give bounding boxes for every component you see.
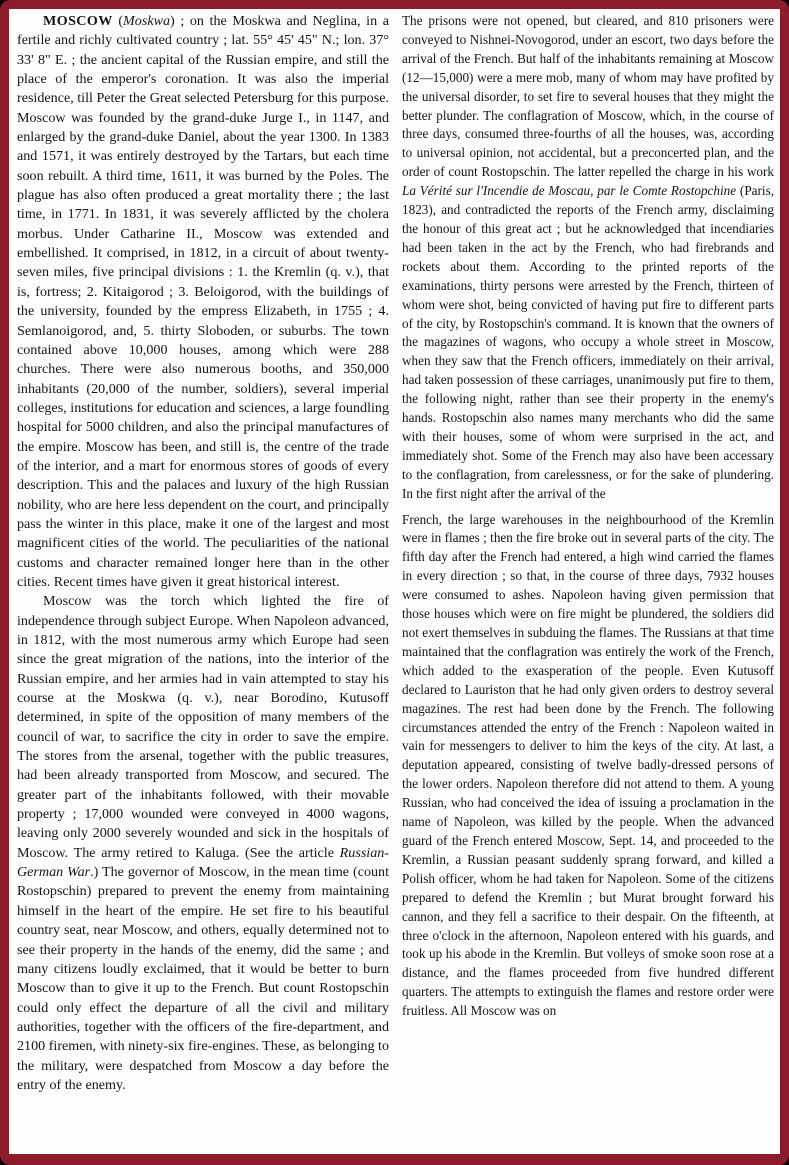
text-segment: Moskwa [123, 13, 170, 29]
text-segment: Moscow was the torch which lighted the f… [17, 593, 389, 860]
text-segment: The prisons were not opened, but cleared… [402, 13, 774, 179]
para-prisons-conflagration: The prisons were not opened, but cleared… [402, 12, 774, 504]
text-segment: La Vérité sur l'Incendie de Moscau, par … [402, 183, 736, 198]
text-segment: (Paris, 1823), and contradicted the repo… [402, 183, 774, 501]
left-column: MOSCOW (Moskwa) ; on the Moskwa and Negl… [17, 12, 389, 1150]
text-segment: ( [113, 13, 123, 29]
para-moscow-description: MOSCOW (Moskwa) ; on the Moskwa and Negl… [17, 12, 389, 592]
right-column: The prisons were not opened, but cleared… [402, 12, 774, 1150]
text-segment: MOSCOW [43, 13, 113, 29]
text-segment: ) ; on the Moskwa and Neglina, in a fert… [17, 13, 389, 590]
article-body: MOSCOW (Moskwa) ; on the Moskwa and Negl… [9, 9, 780, 1154]
text-segment: .) The governor of Moscow, in the mean t… [17, 864, 389, 1093]
para-napoleon-1812: Moscow was the torch which lighted the f… [17, 592, 389, 1095]
scanned-page: MOSCOW (Moskwa) ; on the Moskwa and Negl… [0, 0, 789, 1165]
para-fire-and-napoleon-entry: French, the large warehouses in the neig… [402, 511, 774, 1021]
text-segment: French, the large warehouses in the neig… [402, 512, 774, 1019]
